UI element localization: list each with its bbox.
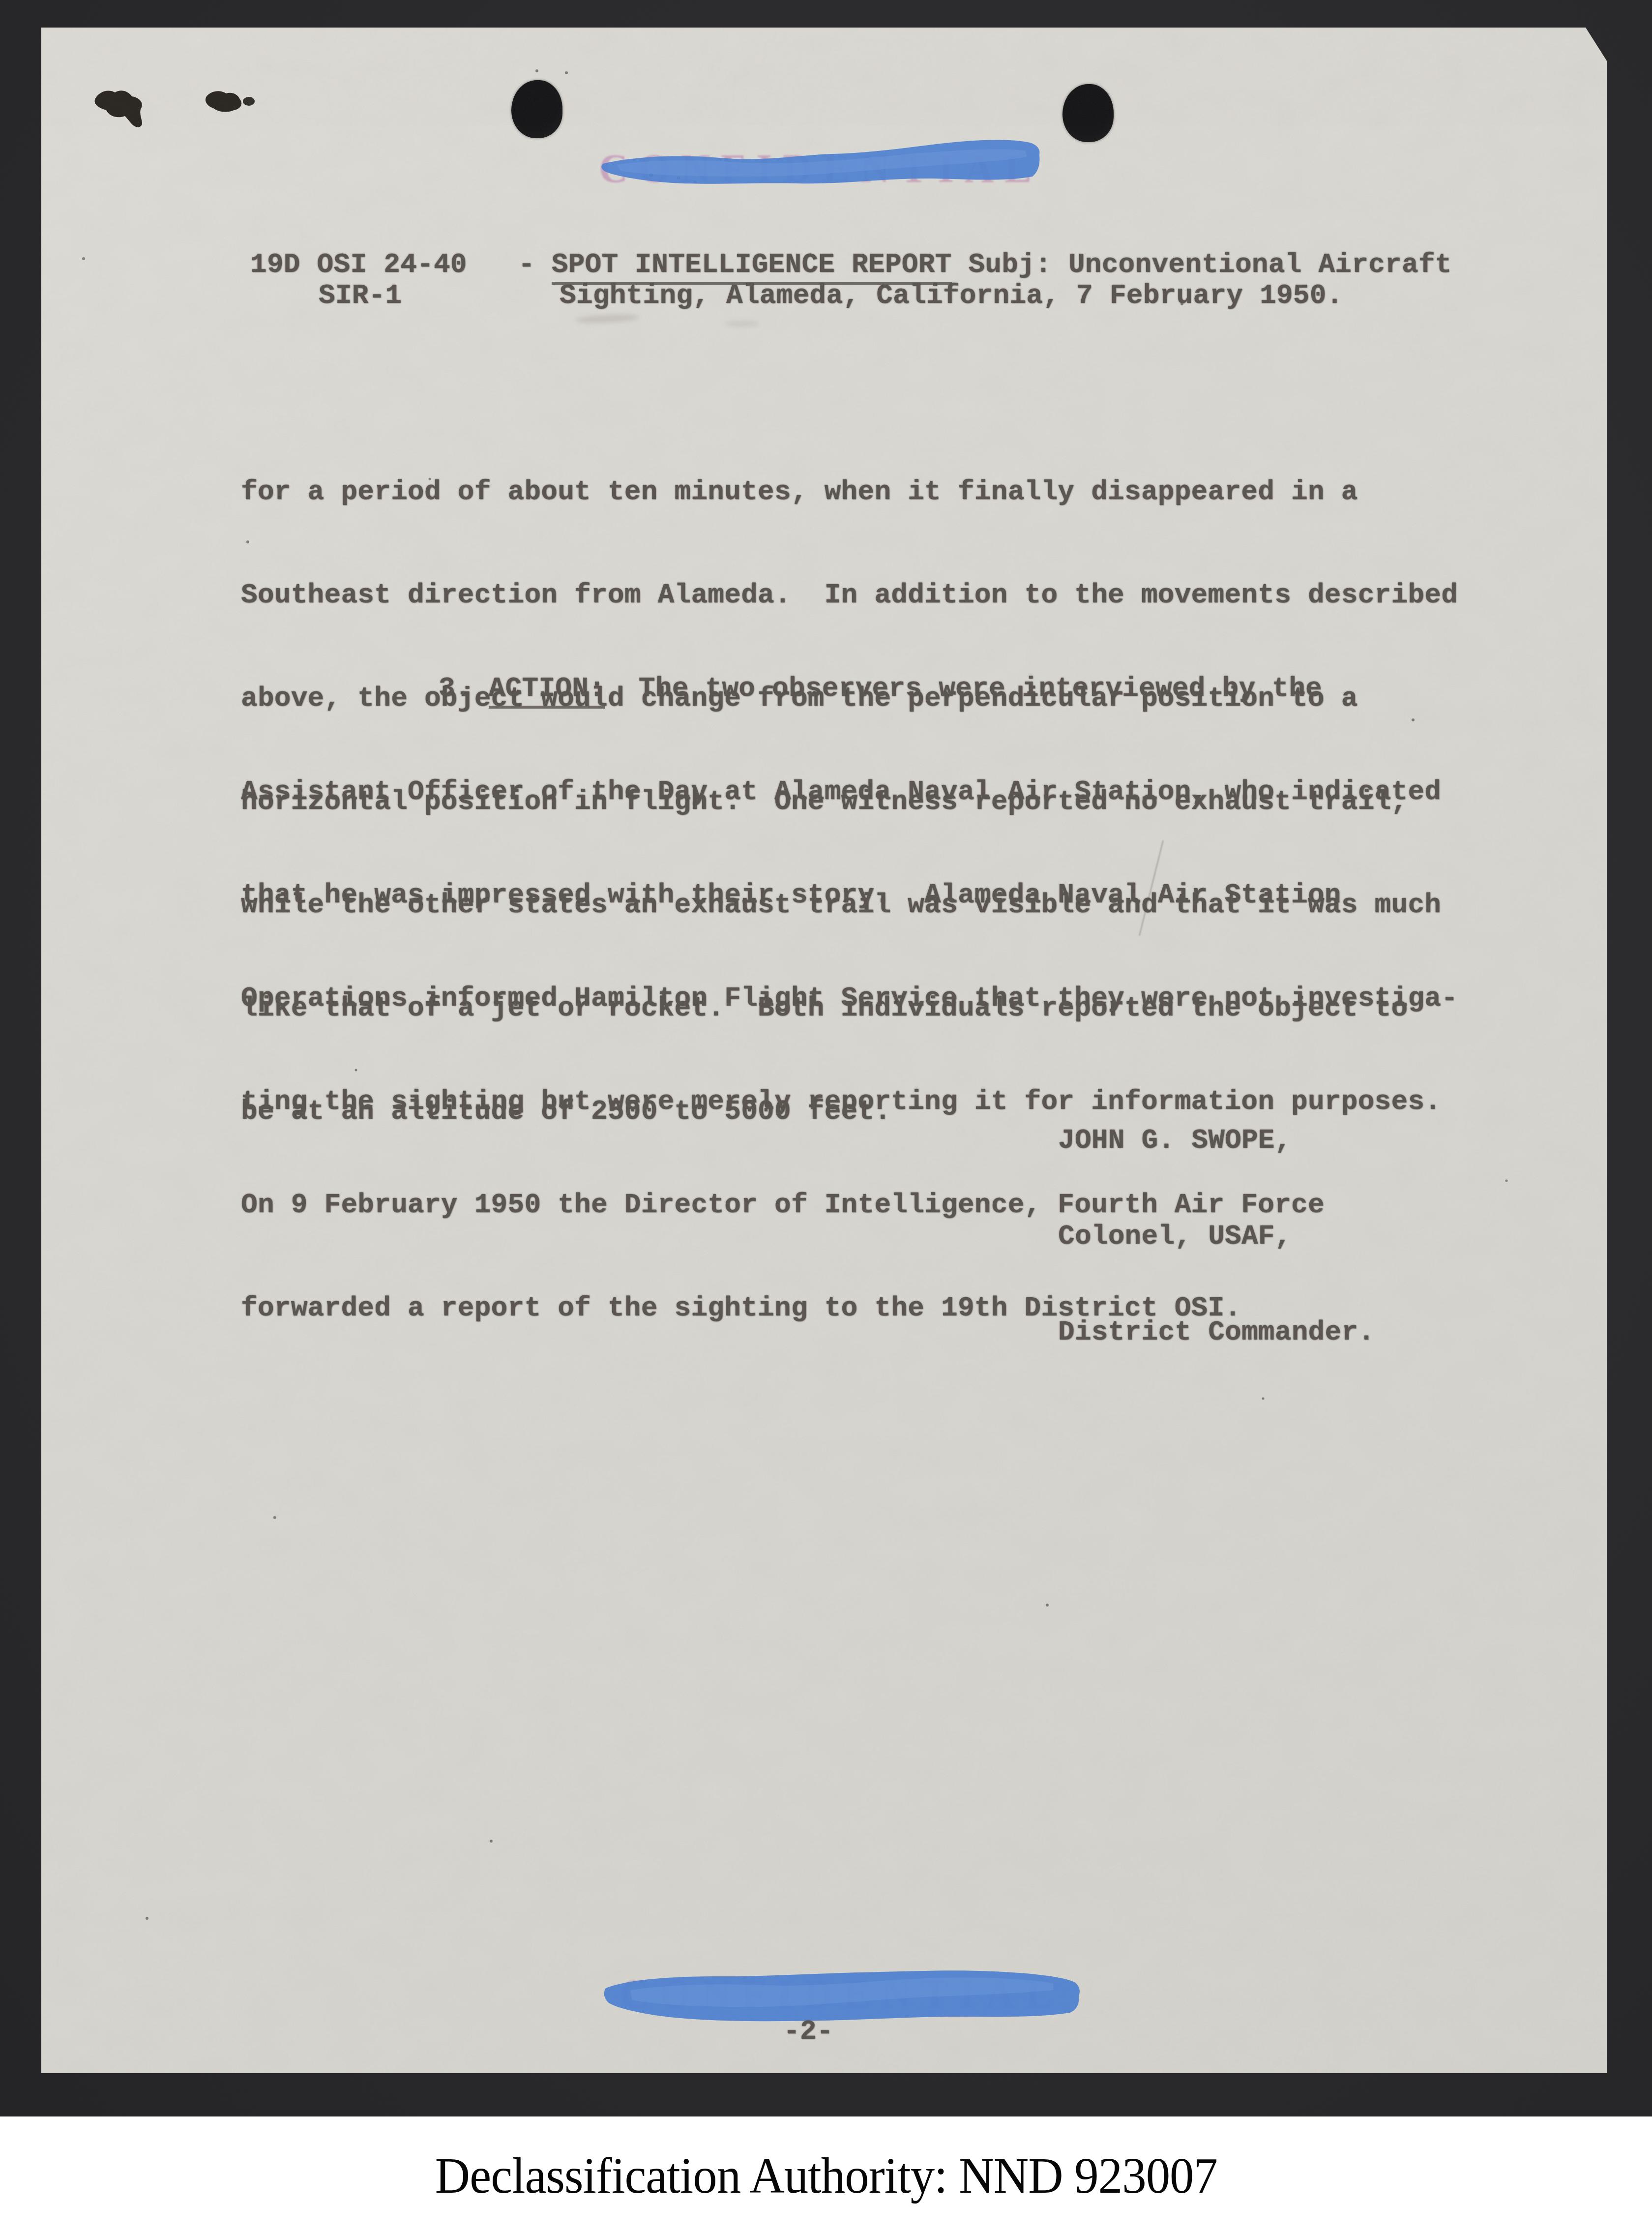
action-label-underlined: ACTION: <box>489 673 605 709</box>
typed-line: Operations informed Hamilton Flight Serv… <box>241 981 1458 1015</box>
scanned-document: CONFIDENTIAL 19D OSI 24-40 - SPOT INTELL… <box>0 0 1652 2235</box>
subject-line-1: - SPOT INTELLIGENCE REPORT Subj: Unconve… <box>518 247 1452 282</box>
smudge <box>575 313 640 325</box>
typed-line: Assistant Officer of the Day at Alameda … <box>241 775 1458 809</box>
document-page: CONFIDENTIAL 19D OSI 24-40 - SPOT INTELL… <box>41 28 1607 2073</box>
subject-text: Subj: Unconventional Aircraft <box>952 249 1452 280</box>
signature-rank: Colonel, USAF, <box>1058 1221 1375 1252</box>
typed-line: that he was impressed with their story. … <box>241 878 1458 912</box>
signature-name: JOHN G. SWOPE, <box>1058 1125 1375 1157</box>
paragraph-2-first-line: 3. ACTION: The two observers were interv… <box>439 671 1322 706</box>
punch-hole-right <box>1062 84 1114 142</box>
declassification-footer: Declassification Authority: NND 923007 <box>0 2116 1652 2235</box>
dash: - <box>518 249 552 280</box>
declassification-text: Declassification Authority: NND 923007 <box>435 2146 1217 2205</box>
subject-line-2: Sighting, Alameda, California, 7 Februar… <box>560 278 1343 313</box>
punch-hole-left <box>511 80 562 138</box>
item-number: 3. <box>439 673 489 704</box>
file-reference-2: SIR-1 <box>319 278 402 313</box>
smudge <box>725 321 759 327</box>
signature-block: JOHN G. SWOPE, Colonel, USAF, District C… <box>1058 1061 1375 1412</box>
blue-marker-redaction-top <box>597 128 1044 190</box>
page-number: -2- <box>769 2014 848 2049</box>
file-reference: 19D OSI 24-40 <box>250 247 467 282</box>
ink-smudge <box>85 78 262 137</box>
signature-title: District Commander. <box>1058 1316 1375 1348</box>
typed-line: Southeast direction from Alameda. In add… <box>241 578 1458 612</box>
typed-line: for a period of about ten minutes, when … <box>241 475 1458 509</box>
action-text: The two observers were interviewed by th… <box>605 673 1322 704</box>
